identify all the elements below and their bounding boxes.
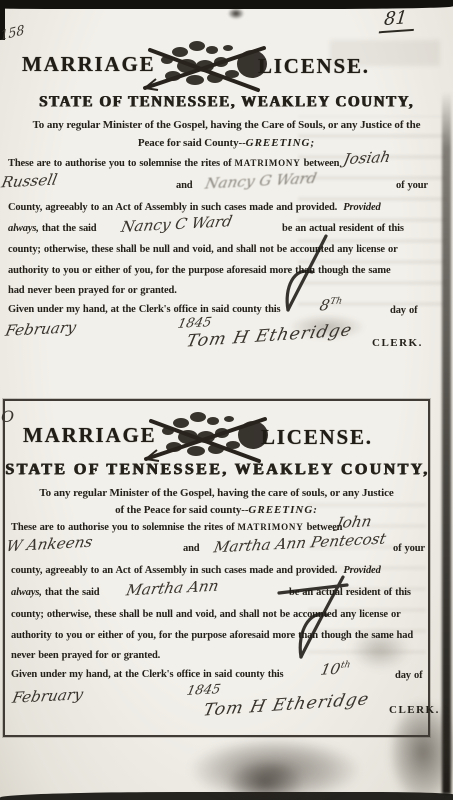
scan-edge-top — [0, 0, 453, 9]
form1-matrimony-word: MATRIMONY — [235, 158, 301, 168]
form1-given-line: Given under my hand, at the Clerk's offi… — [8, 304, 280, 315]
form1-and-word: and — [176, 180, 192, 191]
form1-day-value: 8Th — [318, 295, 343, 314]
form1-void-line: county; otherwise, these shall be null a… — [8, 244, 398, 255]
form1-month-value: February — [4, 318, 78, 340]
form2-given-line: Given under my hand, at the Clerk's offi… — [11, 669, 283, 680]
form1-bride-name: Nancy G Ward — [204, 169, 319, 193]
form1-assembly-text: County, agreeably to an Act of Assembly … — [8, 202, 337, 213]
form1-greeting-word: GREETING; — [246, 137, 316, 149]
form1-prayed-line: had never been prayed for or granted. — [8, 285, 177, 296]
form2-resident-name: Martha Ann — [125, 577, 221, 600]
marriage-license-form-1: MARRIAGE LICENSE. STATE OF TENNESSEE, WE… — [0, 44, 453, 400]
form1-clerk-label: CLERK. — [372, 337, 423, 349]
form1-resident-name: Nancy C Ward — [120, 212, 234, 236]
form1-always-line: always, that the said — [8, 223, 97, 234]
ink-blot — [228, 8, 244, 19]
form2-day-of: day of — [395, 670, 422, 681]
form1-title-license: LICENSE. — [258, 54, 370, 79]
form1-year-value: 1845 — [176, 315, 212, 332]
form1-authorise-line: These are to authorise you to solemnise … — [8, 158, 339, 169]
form2-title-marriage: MARRIAGE — [23, 423, 156, 448]
form2-resident-text: be an actual resident of this — [289, 587, 411, 598]
form1-provided-word: Provided — [343, 202, 380, 213]
form2-authority-line: authority to you or either of you, for t… — [11, 630, 413, 641]
form2-provided-word: Provided — [343, 565, 380, 576]
form2-greeting-word: GREETING: — [248, 504, 318, 516]
form2-that-the-said: that the said — [45, 587, 100, 598]
form2-day-suffix: th — [340, 660, 351, 670]
scanned-marriage-license-page: 81 158 MARRIAGE LICENSE. STATE OF TE — [0, 0, 453, 800]
form2-bride-name: Martha Ann Pentecost — [212, 530, 387, 557]
form2-of-your: of your — [393, 543, 425, 554]
form1-title-marriage: MARRIAGE — [22, 52, 155, 77]
form2-salutation-line2-prefix: of the Peace for said county-- — [115, 504, 248, 516]
form2-assembly-line: county, agreeably to an Act of Assembly … — [11, 565, 381, 576]
form2-groom-name-part2: W Ankeens — [5, 533, 94, 555]
form1-always-word: always, — [8, 223, 39, 234]
form2-prayed-line: never been prayed for or granted. — [11, 650, 160, 661]
form1-between-word: between — [304, 158, 340, 169]
scan-stain — [225, 760, 305, 800]
form2-year-value: 1845 — [185, 682, 221, 699]
form1-assembly-line: County, agreeably to an Act of Assembly … — [8, 202, 381, 213]
form1-day-suffix: Th — [329, 296, 343, 307]
form2-salutation-line1: To any regular Minister of the Gospel, h… — [5, 487, 428, 499]
form2-clerk-label: CLERK. — [389, 704, 440, 716]
handwritten-page-number: 81 — [379, 7, 416, 34]
form2-void-line: county; otherwise, these shall be null a… — [11, 609, 401, 620]
form1-resident-text: be an actual resident of this — [282, 223, 404, 234]
form2-day-value: 10th — [319, 659, 351, 678]
form2-day-number: 10 — [319, 660, 342, 679]
form2-and-word: and — [183, 543, 199, 554]
form1-that-the-said: that the said — [42, 223, 97, 234]
form1-salutation-line2-prefix: Peace for said County-- — [138, 137, 246, 149]
form1-groom-name-part1: Josiah — [342, 148, 392, 168]
form1-of-your: of your — [396, 180, 428, 191]
form2-always-word: always, — [11, 587, 42, 598]
form2-title-license: LICENSE. — [261, 425, 373, 450]
form1-authority-line: authority to you or either of you, for t… — [8, 265, 390, 276]
form1-groom-name-part2: Russell — [0, 171, 59, 192]
form2-month-value: February — [11, 685, 85, 707]
form1-day-of: day of — [390, 305, 417, 316]
form2-matrimony-word: MATRIMONY — [238, 522, 304, 532]
form2-groom-name-part1: John — [335, 512, 373, 532]
marriage-license-form-2: O MARRIAGE LICENSE. STATE OF TENNESSEE, … — [3, 399, 430, 737]
handwritten-margin-note-o: O — [1, 407, 14, 426]
form2-always-line: always, that the said — [11, 587, 100, 598]
form2-assembly-text: county, agreeably to an Act of Assembly … — [11, 565, 337, 576]
form2-authorise-text: These are to authorise you to solemnise … — [11, 522, 234, 533]
form2-authorise-line: These are to authorise you to solemnise … — [11, 522, 342, 533]
form2-state-county-line: STATE OF TENNESSEE, WEAKLEY COUNTY, — [5, 461, 428, 479]
form1-state-county-line: STATE OF TENNESSEE, WEAKLEY COUNTY, — [0, 93, 453, 111]
form2-clerk-signature: Tom H Etheridge — [201, 689, 371, 720]
form1-salutation-line1: To any regular Minister of the Gospel, h… — [0, 119, 453, 131]
form1-authorise-text: These are to authorise you to solemnise … — [8, 158, 231, 169]
